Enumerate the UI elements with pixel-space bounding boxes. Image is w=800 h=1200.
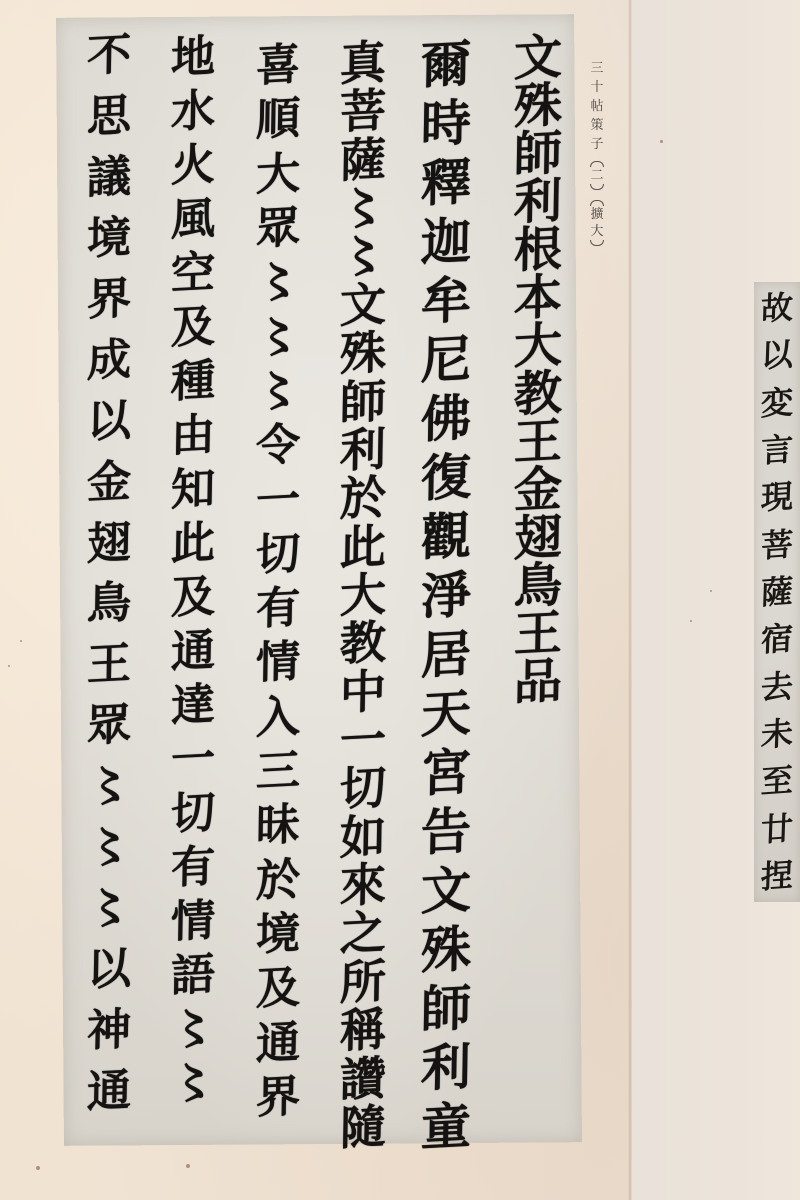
calligraphy-character: 品 (514, 657, 563, 707)
calligraphy-character: 通 (87, 1069, 132, 1115)
calligraphy-character: 境 (256, 912, 301, 958)
calligraphy-character: 翅 (514, 513, 563, 563)
foxing-speck (690, 620, 692, 622)
calligraphy-character: 師 (340, 377, 387, 425)
calligraphy-column-1-title: 文殊師利根本大教王金翅鳥王品 (505, 34, 571, 642)
calligraphy-character: 菩 (760, 528, 793, 562)
calligraphy-character: 利 (421, 1042, 472, 1095)
calligraphy-character: 順 (256, 97, 301, 143)
calligraphy-character: 如 (340, 813, 387, 861)
calligraphy-character: 居 (421, 629, 472, 682)
calligraphy-character: 鳥 (87, 581, 132, 627)
calligraphy-character: 觀 (421, 511, 472, 564)
calligraphy-character: 〻 (87, 886, 132, 932)
calligraphy-character: 教 (340, 619, 387, 667)
calligraphy-character: 利 (514, 177, 563, 227)
calligraphy-character: 情 (171, 899, 216, 945)
calligraphy-character: 天 (421, 688, 472, 741)
calligraphy-character: 中 (340, 667, 387, 715)
calligraphy-character: 切 (256, 532, 301, 578)
calligraphy-character: 根 (514, 225, 563, 275)
calligraphy-character: 未 (760, 717, 793, 751)
calligraphy-character: 薩 (340, 136, 387, 184)
calligraphy-character: 議 (87, 155, 132, 201)
calligraphy-column-3: 真菩薩〻〻文殊師利於此大教中一切如來之所稱讚隨 (328, 40, 398, 1150)
calligraphy-character: 真 (340, 39, 387, 87)
calligraphy-character: 及 (171, 575, 216, 621)
calligraphy-character: 金 (87, 459, 132, 505)
caption-note-char: 擴 (590, 206, 603, 223)
calligraphy-character: 文 (421, 865, 472, 918)
caption-note-char: 大 (590, 223, 603, 240)
calligraphy-character: 尼 (421, 334, 472, 387)
calligraphy-character: 王 (514, 609, 563, 659)
calligraphy-character: 変 (760, 386, 793, 420)
calligraphy-character: 三 (256, 749, 301, 795)
calligraphy-character: 牟 (421, 275, 472, 328)
calligraphy-character: 爾 (421, 39, 472, 92)
calligraphy-character: 師 (514, 129, 563, 179)
calligraphy-character: 通 (256, 1021, 301, 1067)
calligraphy-character: 不 (87, 33, 132, 79)
calligraphy-character: 故 (760, 291, 793, 325)
calligraphy-character: 稱 (340, 1006, 387, 1054)
calligraphy-character: 讚 (340, 1054, 387, 1102)
calligraphy-character: 此 (171, 521, 216, 567)
caption-char: 十 (590, 81, 603, 94)
calligraphy-character: 教 (514, 369, 563, 419)
calligraphy-character: 思 (87, 94, 132, 140)
caption-volume-number: 二 (590, 167, 603, 184)
calligraphy-character: 火 (171, 143, 216, 189)
calligraphy-character: 本 (514, 273, 563, 323)
calligraphy-character: 知 (171, 467, 216, 513)
calligraphy-character: 言 (760, 433, 793, 467)
calligraphy-character: 地 (171, 35, 216, 81)
calligraphy-character: 殊 (421, 924, 472, 977)
calligraphy-character: 及 (256, 966, 301, 1012)
calligraphy-character: 令 (256, 423, 301, 469)
calligraphy-character: 有 (171, 845, 216, 891)
calligraphy-character: 眾 (87, 703, 132, 749)
calligraphy-character: 情 (256, 640, 301, 686)
caption-char: 子 (590, 138, 603, 151)
facing-calligraphy-column: 故以変言現菩薩宿去未至廿捏 (756, 292, 798, 892)
calligraphy-character: 〻 (171, 1061, 216, 1107)
caption-char: 三 (590, 62, 603, 75)
calligraphy-character: 界 (256, 1075, 301, 1121)
caption-volume: 二 (590, 161, 604, 190)
calligraphy-character: 翅 (87, 520, 132, 566)
caption-note: 擴 大 (590, 200, 604, 246)
calligraphy-character: 時 (421, 98, 472, 151)
calligraphy-character: 於 (340, 474, 387, 522)
calligraphy-character: 童 (421, 1101, 472, 1154)
calligraphy-character: 師 (421, 983, 472, 1036)
caption-char: 帖 (590, 100, 603, 113)
calligraphy-character: 捏 (760, 859, 793, 893)
calligraphy-character: 眾 (256, 206, 301, 252)
calligraphy-column-5: 地水火風空及種由知此及通達一切有情語〻〻 (162, 36, 224, 1106)
calligraphy-character: 以 (760, 338, 793, 372)
calligraphy-character: 大 (340, 571, 387, 619)
calligraphy-character: 告 (421, 806, 472, 859)
calligraphy-character: 現 (760, 480, 793, 514)
calligraphy-character: 大 (256, 152, 301, 198)
calligraphy-character: 〻 (171, 1007, 216, 1053)
calligraphy-character: 大 (514, 321, 563, 371)
calligraphy-character: 神 (87, 1008, 132, 1054)
calligraphy-character: 語 (171, 953, 216, 999)
calligraphy-character: 由 (171, 413, 216, 459)
calligraphy-character: 〻 (256, 369, 301, 415)
calligraphy-character: 去 (760, 670, 793, 704)
calligraphy-character: 〻 (256, 314, 301, 360)
foxing-speck (8, 665, 10, 667)
calligraphy-character: 之 (340, 909, 387, 957)
calligraphy-character: 一 (340, 716, 387, 764)
calligraphy-character: 薩 (760, 575, 793, 609)
calligraphy-character: 迦 (421, 216, 472, 269)
calligraphy-character: 種 (171, 359, 216, 405)
calligraphy-character: 淨 (421, 570, 472, 623)
book-gutter (628, 0, 632, 1200)
foxing-speck (710, 590, 712, 592)
calligraphy-character: 〻 (256, 260, 301, 306)
calligraphy-character: 至 (760, 764, 793, 798)
calligraphy-character: 隨 (340, 1103, 387, 1151)
calligraphy-character: 於 (256, 858, 301, 904)
calligraphy-character: 宮 (421, 747, 472, 800)
calligraphy-character: 王 (87, 642, 132, 688)
calligraphy-character: 復 (421, 452, 472, 505)
plate-caption: 三 十 帖 策 子 二 擴 大 (584, 62, 610, 252)
calligraphy-column-2: 爾時釋迦牟尼佛復觀淨居天宮告文殊師利童 (410, 40, 482, 1152)
calligraphy-character: 鳥 (514, 561, 563, 611)
calligraphy-character: 〻 (87, 764, 132, 810)
calligraphy-character: 王 (514, 417, 563, 467)
calligraphy-character: 以 (87, 399, 132, 445)
calligraphy-character: 一 (171, 737, 216, 783)
calligraphy-character: 入 (256, 695, 301, 741)
calligraphy-character: 〻 (87, 825, 132, 871)
caption-char: 策 (590, 119, 603, 132)
calligraphy-character: 〻 (340, 184, 387, 232)
calligraphy-character: 境 (87, 216, 132, 262)
calligraphy-character: 有 (256, 586, 301, 632)
calligraphy-character: 〻 (340, 232, 387, 280)
calligraphy-character: 成 (87, 338, 132, 384)
calligraphy-character: 及 (171, 305, 216, 351)
foxing-speck (660, 140, 663, 143)
calligraphy-character: 喜 (256, 43, 301, 89)
calligraphy-character: 水 (171, 89, 216, 135)
calligraphy-character: 利 (340, 426, 387, 474)
paren-close-icon (590, 240, 604, 246)
foxing-speck (36, 1166, 40, 1170)
calligraphy-character: 以 (87, 947, 132, 993)
calligraphy-character: 風 (171, 197, 216, 243)
calligraphy-character: 金 (514, 465, 563, 515)
calligraphy-character: 宿 (760, 622, 793, 656)
foxing-speck (20, 640, 22, 642)
calligraphy-character: 文 (340, 281, 387, 329)
calligraphy-character: 空 (171, 251, 216, 297)
calligraphy-character: 達 (171, 683, 216, 729)
calligraphy-character: 昧 (256, 803, 301, 849)
calligraphy-character: 界 (87, 277, 132, 323)
paren-close-icon (590, 184, 604, 190)
calligraphy-character: 殊 (514, 81, 563, 131)
calligraphy-character: 所 (340, 958, 387, 1006)
calligraphy-column-4: 喜順大眾〻〻〻令一切有情入三昧於境及通界 (246, 44, 310, 1120)
calligraphy-character: 此 (340, 522, 387, 570)
calligraphy-character: 廿 (760, 812, 793, 846)
calligraphy-character: 切 (171, 791, 216, 837)
calligraphy-column-6: 不思議境界成以金翅鳥王眾〻〻〻以神通 (76, 34, 142, 1114)
calligraphy-character: 菩 (340, 87, 387, 135)
calligraphy-character: 釋 (421, 157, 472, 210)
calligraphy-character: 佛 (421, 393, 472, 446)
calligraphy-character: 通 (171, 629, 216, 675)
calligraphy-character: 來 (340, 861, 387, 909)
calligraphy-character: 殊 (340, 329, 387, 377)
calligraphy-character: 切 (340, 764, 387, 812)
calligraphy-character: 一 (256, 477, 301, 523)
calligraphy-character: 文 (514, 33, 563, 83)
foxing-speck (186, 1164, 190, 1168)
